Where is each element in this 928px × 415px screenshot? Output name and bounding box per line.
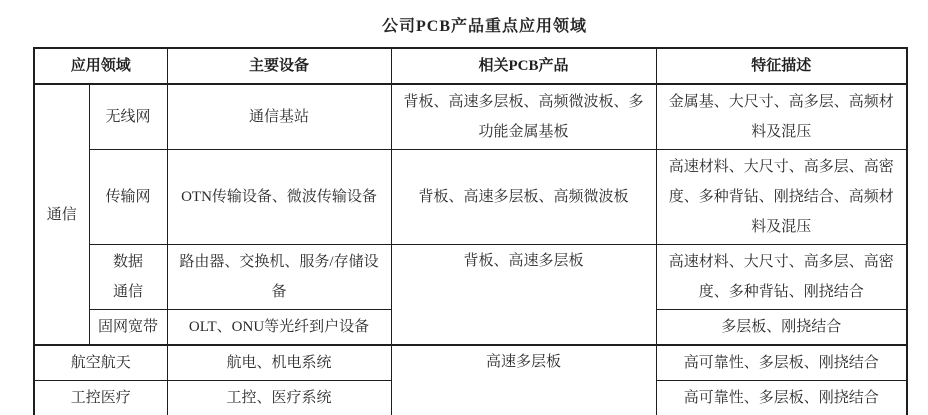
cell-features-industrial-medical: 高可靠性、多层板、刚挠结合 <box>656 381 907 415</box>
cell-field-wireless: 无线网 <box>89 84 167 150</box>
cell-pcb-aerospace: 高速多层板 <box>391 345 656 415</box>
cell-field-industrial-medical: 工控医疗 <box>34 381 167 415</box>
cell-features-aerospace: 高可靠性、多层板、刚挠结合 <box>656 345 907 381</box>
header-related-pcb-products: 相关PCB产品 <box>391 48 656 84</box>
cell-pcb-transmission: 背板、高速多层板、高频微波板 <box>391 150 656 245</box>
cell-features-transmission: 高速材料、大尺寸、高多层、高密度、多种背钻、刚挠结合、高频材料及混压 <box>656 150 907 245</box>
cell-field-fixed-broadband: 固网宽带 <box>89 310 167 346</box>
table-row-wireless: 通信 无线网 通信基站 背板、高速多层板、高频微波板、多功能金属基板 金属基、大… <box>34 84 907 150</box>
cell-pcb-datacom: 背板、高速多层板 <box>391 245 656 346</box>
cell-equipment-fixed-broadband: OLT、ONU等光纤到户设备 <box>167 310 391 346</box>
table-header-row: 应用领域 主要设备 相关PCB产品 特征描述 <box>34 48 907 84</box>
pcb-application-table: 应用领域 主要设备 相关PCB产品 特征描述 通信 无线网 通信基站 背板、高速… <box>33 47 908 415</box>
cell-equipment-industrial-medical: 工控、医疗系统 <box>167 381 391 415</box>
cell-features-datacom: 高速材料、大尺寸、高多层、高密度、多种背钻、刚挠结合 <box>656 245 907 310</box>
header-feature-description: 特征描述 <box>656 48 907 84</box>
cell-features-wireless: 金属基、大尺寸、高多层、高频材料及混压 <box>656 84 907 150</box>
cell-field-aerospace: 航空航天 <box>34 345 167 381</box>
table-row-datacom: 数据 通信 路由器、交换机、服务/存储设备 背板、高速多层板 高速材料、大尺寸、… <box>34 245 907 310</box>
cell-field-datacom: 数据 通信 <box>89 245 167 310</box>
cell-group-communication: 通信 <box>34 84 89 345</box>
header-application-field: 应用领域 <box>34 48 167 84</box>
table-row-aerospace: 航空航天 航电、机电系统 高速多层板 高可靠性、多层板、刚挠结合 <box>34 345 907 381</box>
cell-equipment-wireless: 通信基站 <box>167 84 391 150</box>
header-main-equipment: 主要设备 <box>167 48 391 84</box>
cell-field-transmission: 传输网 <box>89 150 167 245</box>
table-row-transmission: 传输网 OTN传输设备、微波传输设备 背板、高速多层板、高频微波板 高速材料、大… <box>34 150 907 245</box>
cell-equipment-aerospace: 航电、机电系统 <box>167 345 391 381</box>
page-title: 公司PCB产品重点应用领域 <box>48 0 921 36</box>
document-page: 公司PCB产品重点应用领域 应用领域 主要设备 相关PCB产品 特征描述 通信 … <box>0 0 928 415</box>
cell-equipment-transmission: OTN传输设备、微波传输设备 <box>167 150 391 245</box>
cell-equipment-datacom: 路由器、交换机、服务/存储设备 <box>167 245 391 310</box>
cell-pcb-wireless: 背板、高速多层板、高频微波板、多功能金属基板 <box>391 84 656 150</box>
cell-features-fixed-broadband: 多层板、刚挠结合 <box>656 310 907 346</box>
